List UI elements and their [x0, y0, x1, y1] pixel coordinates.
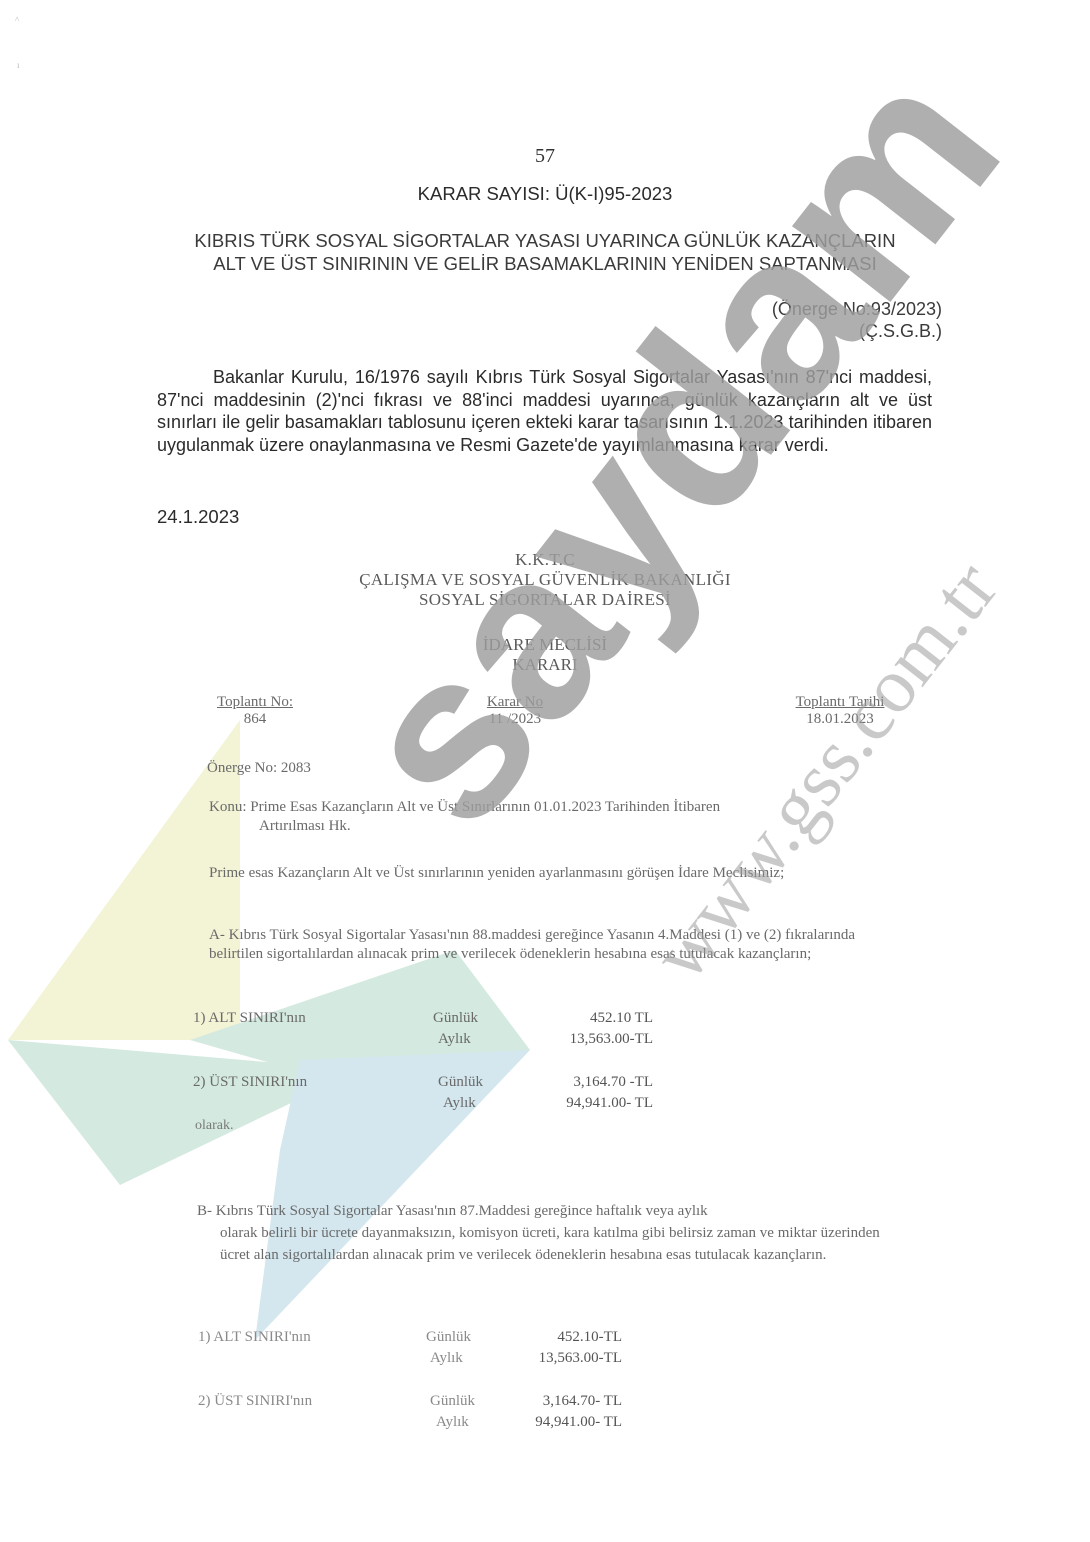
section-b-first-line: B- Kıbrıs Türk Sosyal Sigortalar Yasası'… [197, 1203, 708, 1219]
period-label: Günlük [430, 1391, 475, 1412]
board-header: İDARE MECLİSİ KARARI [0, 635, 1090, 675]
meeting-date-label: Toplantı Tarihi [780, 694, 900, 711]
proposal-no: Önerge No: 2083 [207, 760, 311, 777]
board-line: KARARI [0, 655, 1090, 675]
section-b: B- Kıbrıs Türk Sosyal Sigortalar Yasası'… [197, 1200, 897, 1266]
limit-value: 94,941.00- TL [535, 1412, 622, 1433]
board-intro: Prime esas Kazançların Alt ve Üst sınırl… [209, 864, 869, 883]
meeting-number-label: Toplantı No: [205, 694, 305, 711]
limit-value: 13,563.00-TL [570, 1029, 653, 1050]
upper-limit-label: 2) ÜST SINIRI'nın [193, 1072, 307, 1093]
scan-mark: ı [17, 60, 20, 70]
period-label: Günlük [438, 1072, 483, 1093]
section-a-limits: 1) ALT SINIRI'nın Günlük 452.10 TL Aylık… [193, 1008, 663, 1108]
institution-line: ÇALIŞMA VE SOSYAL GÜVENLİK BAKANLIĞI [0, 570, 1090, 590]
subject-line: Konu: Prime Esas Kazançların Alt ve Üst … [209, 799, 720, 815]
board-line: İDARE MECLİSİ [0, 635, 1090, 655]
limit-value: 3,164.70- TL [543, 1391, 622, 1412]
lower-limit-label: 1) ALT SINIRI'nın [198, 1327, 311, 1348]
page-number: 57 [0, 145, 1090, 168]
decision-date: 24.1.2023 [157, 506, 239, 528]
institution-line: SOSYAL SİGORTALAR DAİRESİ [0, 590, 1090, 610]
period-label: Aylık [430, 1348, 463, 1369]
subject-line: Artırılması Hk. [209, 817, 869, 836]
proposal-number: (Önerge No:93/2023) [772, 298, 942, 320]
decision-paragraph: Bakanlar Kurulu, 16/1976 sayılı Kıbrıs T… [157, 366, 932, 456]
section-b-rest: olarak belirli bir ücrete dayanmaksızın,… [197, 1222, 897, 1266]
period-label: Aylık [438, 1029, 471, 1050]
subject: Konu: Prime Esas Kazançların Alt ve Üst … [209, 798, 869, 836]
upper-limit-label: 2) ÜST SINIRI'nın [198, 1391, 312, 1412]
document-page: ^ ı 57 KARAR SAYISI: Ü(K-I)95-2023 KIBRI… [0, 0, 1090, 1542]
period-label: Günlük [426, 1327, 471, 1348]
limit-value: 13,563.00-TL [539, 1348, 622, 1369]
ministry-code: (Ç.S.G.B.) [772, 320, 942, 342]
proposal-reference: (Önerge No:93/2023) (Ç.S.G.B.) [772, 298, 942, 342]
decision-no-value: 11 /2023 [470, 711, 560, 728]
period-label: Aylık [436, 1412, 469, 1433]
section-a: A- Kıbrıs Türk Sosyal Sigortalar Yasası'… [209, 926, 909, 964]
title-line: ALT VE ÜST SINIRININ VE GELİR BASAMAKLAR… [150, 252, 940, 275]
period-label: Günlük [433, 1008, 478, 1029]
decision-number: KARAR SAYISI: Ü(K-I)95-2023 [0, 183, 1090, 205]
decision-no-label: Karar No [470, 694, 560, 711]
meeting-date: Toplantı Tarihi 18.01.2023 [780, 694, 900, 728]
olarak-text: olarak. [195, 1118, 233, 1134]
scan-mark: ^ [15, 15, 19, 25]
meeting-number: Toplantı No: 864 [205, 694, 305, 728]
decision-no: Karar No 11 /2023 [470, 694, 560, 728]
meeting-date-value: 18.01.2023 [780, 711, 900, 728]
meeting-number-value: 864 [205, 711, 305, 728]
limit-value: 3,164.70 -TL [573, 1072, 653, 1093]
period-label: Aylık [443, 1093, 476, 1114]
institution-header: K.K.T.C ÇALIŞMA VE SOSYAL GÜVENLİK BAKAN… [0, 550, 1090, 610]
limit-value: 94,941.00- TL [566, 1093, 653, 1114]
limit-value: 452.10 TL [590, 1008, 653, 1029]
institution-line: K.K.T.C [0, 550, 1090, 570]
section-b-limits: 1) ALT SINIRI'nın Günlük 452.10-TL Aylık… [198, 1327, 628, 1427]
title-line: KIBRIS TÜRK SOSYAL SİGORTALAR YASASI UYA… [150, 229, 940, 252]
lower-limit-label: 1) ALT SINIRI'nın [193, 1008, 306, 1029]
limit-value: 452.10-TL [557, 1327, 622, 1348]
document-title: KIBRIS TÜRK SOSYAL SİGORTALAR YASASI UYA… [150, 229, 940, 275]
